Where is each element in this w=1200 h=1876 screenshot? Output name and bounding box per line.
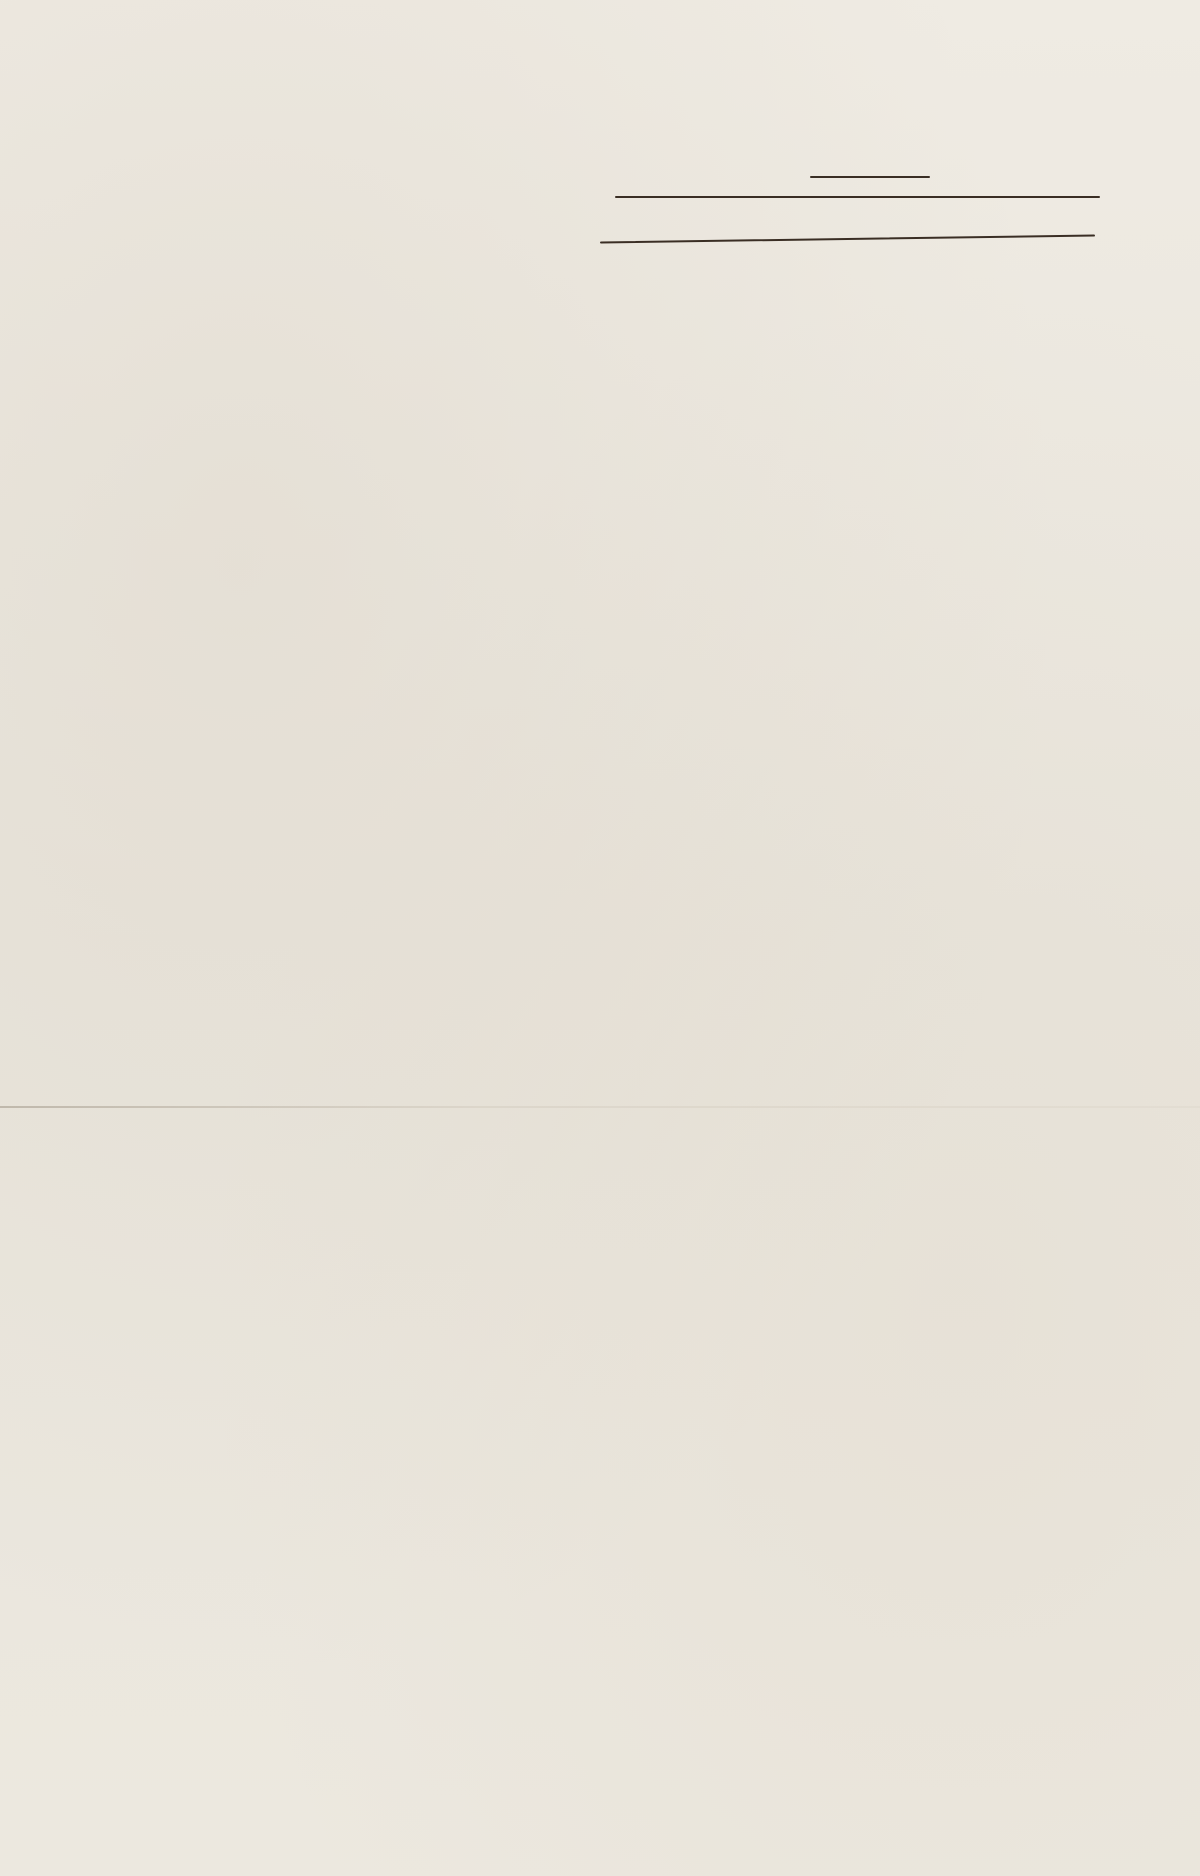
- heading-rule-1: [615, 196, 1100, 198]
- paper-background: [0, 0, 1200, 1876]
- heading-rule-short: [810, 176, 930, 178]
- paper-fold-crease: [0, 1106, 1200, 1108]
